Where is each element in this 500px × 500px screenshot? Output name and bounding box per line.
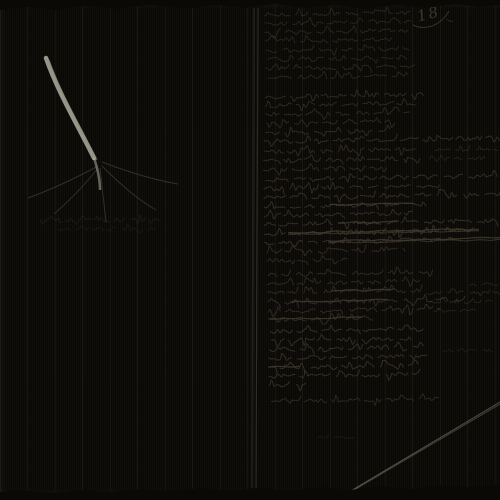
paper-edge-shading (0, 0, 500, 500)
paper-grain-texture (0, 0, 500, 500)
manuscript-sheet: 18 (0, 0, 500, 500)
creases-layer (0, 0, 500, 500)
radial-creases (28, 162, 178, 222)
ghost-showthrough-writing (40, 215, 354, 438)
strikethrough-scribbles (266, 201, 500, 367)
scan-background: 18 (0, 0, 500, 500)
handwriting-layer (0, 0, 500, 500)
page-number: 18 (415, 2, 442, 25)
left-page-crease-scar (46, 58, 100, 190)
cursive-ink-writing (261, 5, 500, 407)
bottom-right-crease (342, 402, 500, 497)
center-fold (252, 8, 258, 488)
laid-paper-chain-lines (0, 0, 500, 500)
